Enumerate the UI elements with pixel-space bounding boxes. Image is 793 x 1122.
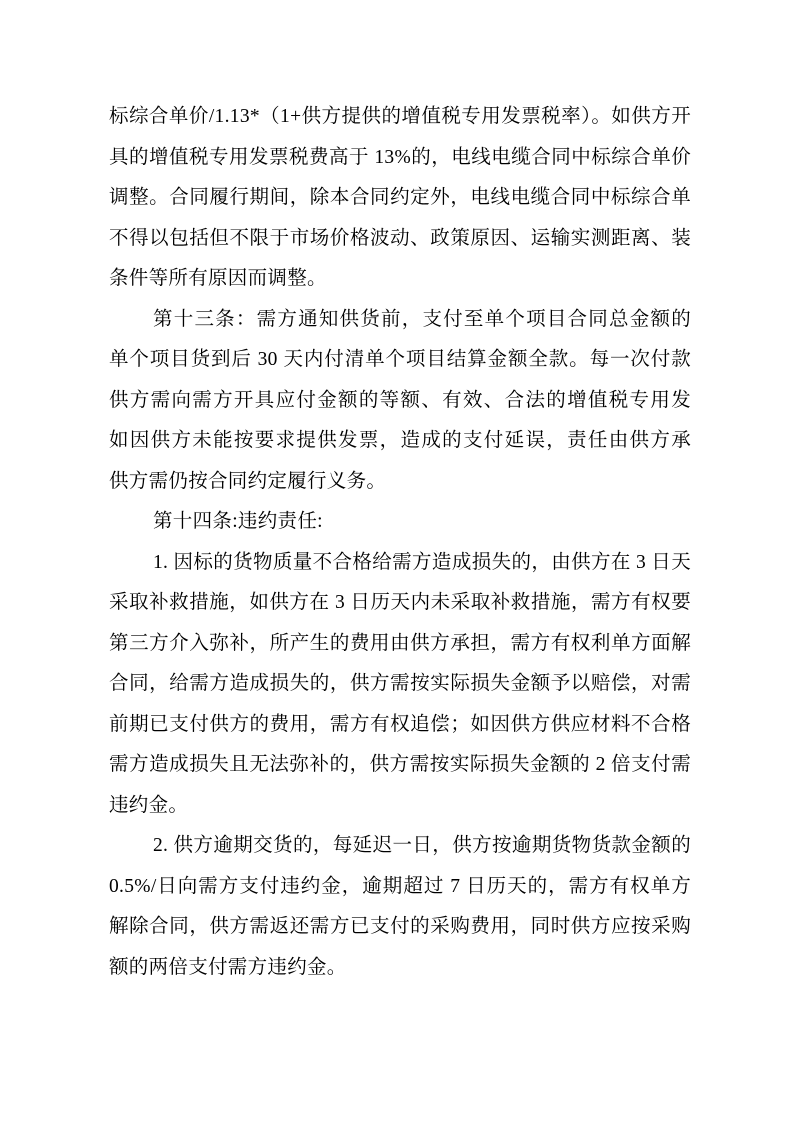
text-line: 2. 供方逾期交货的，每延迟一日，供方按逾期货物货款金额的: [109, 826, 691, 867]
text-line: 具的增值税专用发票税费高于 13%的，电线电缆合同中标综合单价不: [109, 138, 691, 179]
text-line: 不得以包括但不限于市场价格波动、政策原因、运输实测距离、装卸: [109, 219, 691, 260]
paragraph: 第十四条:违约责任:: [109, 502, 691, 543]
text-line: 第十四条:违约责任:: [109, 502, 691, 543]
text-line: 第三方介入弥补，所产生的费用由供方承担，需方有权利单方面解除: [109, 624, 691, 665]
text-line: 调整。合同履行期间，除本合同约定外，电线电缆合同中标综合单价: [109, 178, 691, 219]
text-line: 采取补救措施，如供方在 3 日历天内未采取补救措施，需方有权要求: [109, 583, 691, 624]
text-line: 0.5%/日向需方支付违约金，逾期超过 7 日历天的，需方有权单方面: [109, 867, 691, 908]
text-line: 标综合单价/1.13*（1+供方提供的增值税专用发票税率）。如供方开: [109, 97, 691, 138]
contract-text: 标综合单价/1.13*（1+供方提供的增值税专用发票税率）。如供方开具的增值税专…: [109, 97, 691, 988]
text-line: 前期已支付供方的费用，需方有权追偿；如因供方供应材料不合格给: [109, 705, 691, 746]
text-line: 单个项目货到后 30 天内付清单个项目结算金额全款。每一次付款前，: [109, 340, 691, 381]
text-line: 1. 因标的货物质量不合格给需方造成损失的，由供方在 3 日天内: [109, 543, 691, 584]
paragraph: 第十三条：需方通知供货前，支付至单个项目合同总金额的 30%，单个项目货到后 3…: [109, 300, 691, 503]
text-line: 需方造成损失且无法弥补的，供方需按实际损失金额的 2 倍支付需方: [109, 745, 691, 786]
text-line: 供方需仍按合同约定履行义务。: [109, 462, 691, 503]
paragraph: 标综合单价/1.13*（1+供方提供的增值税专用发票税率）。如供方开具的增值税专…: [109, 97, 691, 300]
text-line: 合同，给需方造成损失的，供方需按实际损失金额予以赔偿，对需方: [109, 664, 691, 705]
text-line: 违约金。: [109, 786, 691, 827]
text-line: 第十三条：需方通知供货前，支付至单个项目合同总金额的 30%，: [109, 300, 691, 341]
document-page: 标综合单价/1.13*（1+供方提供的增值税专用发票税率）。如供方开具的增值税专…: [0, 0, 793, 1122]
text-line: 额的两倍支付需方违约金。: [109, 948, 691, 989]
text-line: 如因供方未能按要求提供发票，造成的支付延误，责任由供方承担，: [109, 421, 691, 462]
paragraph: 2. 供方逾期交货的，每延迟一日，供方按逾期货物货款金额的0.5%/日向需方支付…: [109, 826, 691, 988]
text-line: 条件等所有原因而调整。: [109, 259, 691, 300]
text-line: 供方需向需方开具应付金额的等额、有效、合法的增值税专用发票，: [109, 381, 691, 422]
text-line: 解除合同，供方需返还需方已支付的采购费用，同时供方应按采购金: [109, 907, 691, 948]
paragraph: 1. 因标的货物质量不合格给需方造成损失的，由供方在 3 日天内采取补救措施，如…: [109, 543, 691, 827]
